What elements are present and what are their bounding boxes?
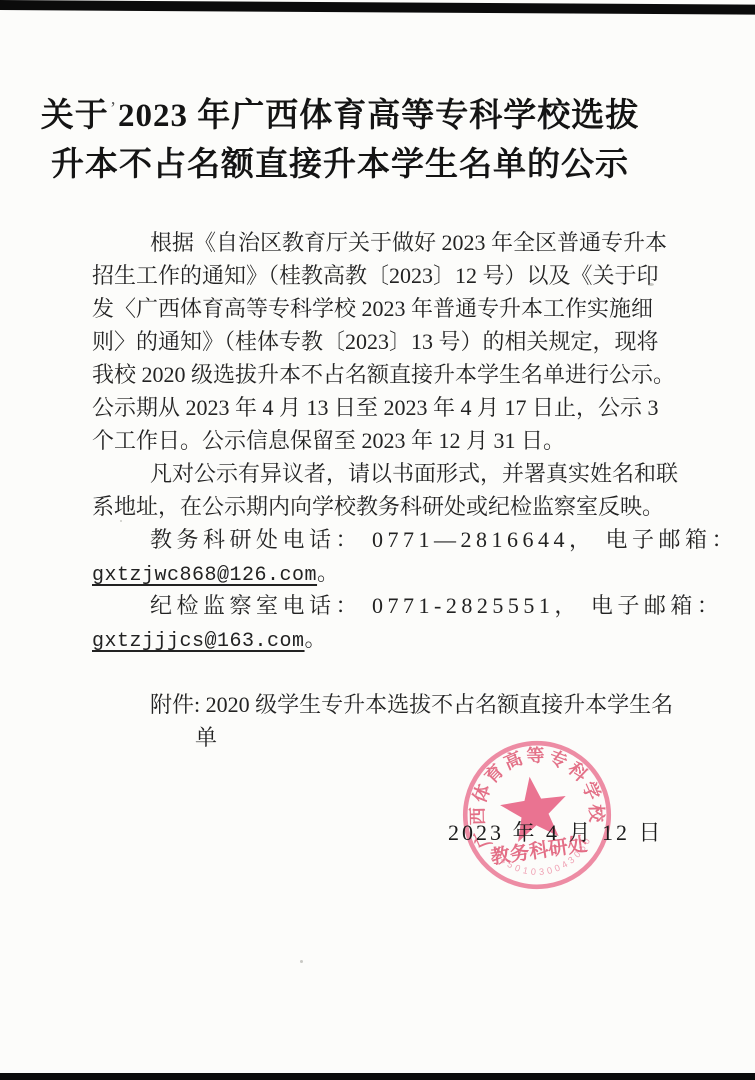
contact-jiaowu-line: 教务科研处电话： 0771—2816644， 电子邮箱： xyxy=(92,523,672,556)
blank-line xyxy=(92,655,672,688)
body-line: 系地址，在公示期内向学校教务科研处或纪检监察室反映。 xyxy=(92,490,672,523)
scan-speck xyxy=(300,960,303,963)
notice-body: 根据《自治区教育厅关于做好 2023 年全区普通专升本 招生工作的通知》（桂教高… xyxy=(92,226,672,754)
notice-title: 关于 2023 年广西体育高等专科学校选拔 升本不占名额直接升本学生名单的公示 xyxy=(40,92,640,190)
body-line: 招生工作的通知》（桂教高教〔2023〕12 号）以及《关于印 xyxy=(92,259,672,292)
body-line: 发〈广西体育高等专科学校 2023 年普通专升本工作实施细 xyxy=(92,292,672,325)
body-line: 个工作日。公示信息保留至 2023 年 12 月 31 日。 xyxy=(92,424,672,457)
jijian-email: gxtzjjjcs@163.com xyxy=(92,630,305,653)
contact-jiaowu-email-line: gxtzjwc868@126.com。 xyxy=(92,556,672,589)
scanned-notice-page: ’ 关于 2023 年广西体育高等专科学校选拔 升本不占名额直接升本学生名单的公… xyxy=(0,0,755,1080)
attachment-line1: 附件: 2020 级学生专升本选拔不占名额直接升本学生名 xyxy=(92,688,672,721)
body-line: 公示期从 2023 年 4 月 13 日至 2023 年 4 月 17 日止，公… xyxy=(92,391,672,424)
body-line: 根据《自治区教育厅关于做好 2023 年全区普通专升本 xyxy=(92,226,672,259)
notice-title-line2: 升本不占名额直接升本学生名单的公示 xyxy=(40,141,640,190)
jiaowu-email: gxtzjwc868@126.com xyxy=(92,564,317,587)
scan-edge-top xyxy=(0,0,755,15)
scan-edge-bottom xyxy=(0,1073,755,1080)
contact-jijian-email-line: gxtzjjjcs@163.com。 xyxy=(92,622,672,655)
body-line: 则〉的通知》（桂体专教〔2023〕13 号）的相关规定，现将 xyxy=(92,325,672,358)
body-line: 我校 2020 级选拔升本不占名额直接升本学生名单进行公示。 xyxy=(92,358,672,391)
official-seal: 广西体育高等专科学校 教务科研处 4501030043060 xyxy=(444,722,629,907)
notice-date: 2023 年 4 月 12 日 xyxy=(448,816,664,847)
contact-jijian-line: 纪检监察室电话： 0771-2825551， 电子邮箱： xyxy=(92,589,672,622)
seal-graphic: 广西体育高等专科学校 教务科研处 4501030043060 xyxy=(444,722,629,907)
email-period: 。 xyxy=(317,560,339,585)
email-period: 。 xyxy=(305,626,327,651)
notice-title-line1: 关于 2023 年广西体育高等专科学校选拔 xyxy=(40,92,640,141)
body-line: 凡对公示有异议者，请以书面形式，并署真实姓名和联 xyxy=(92,457,672,490)
